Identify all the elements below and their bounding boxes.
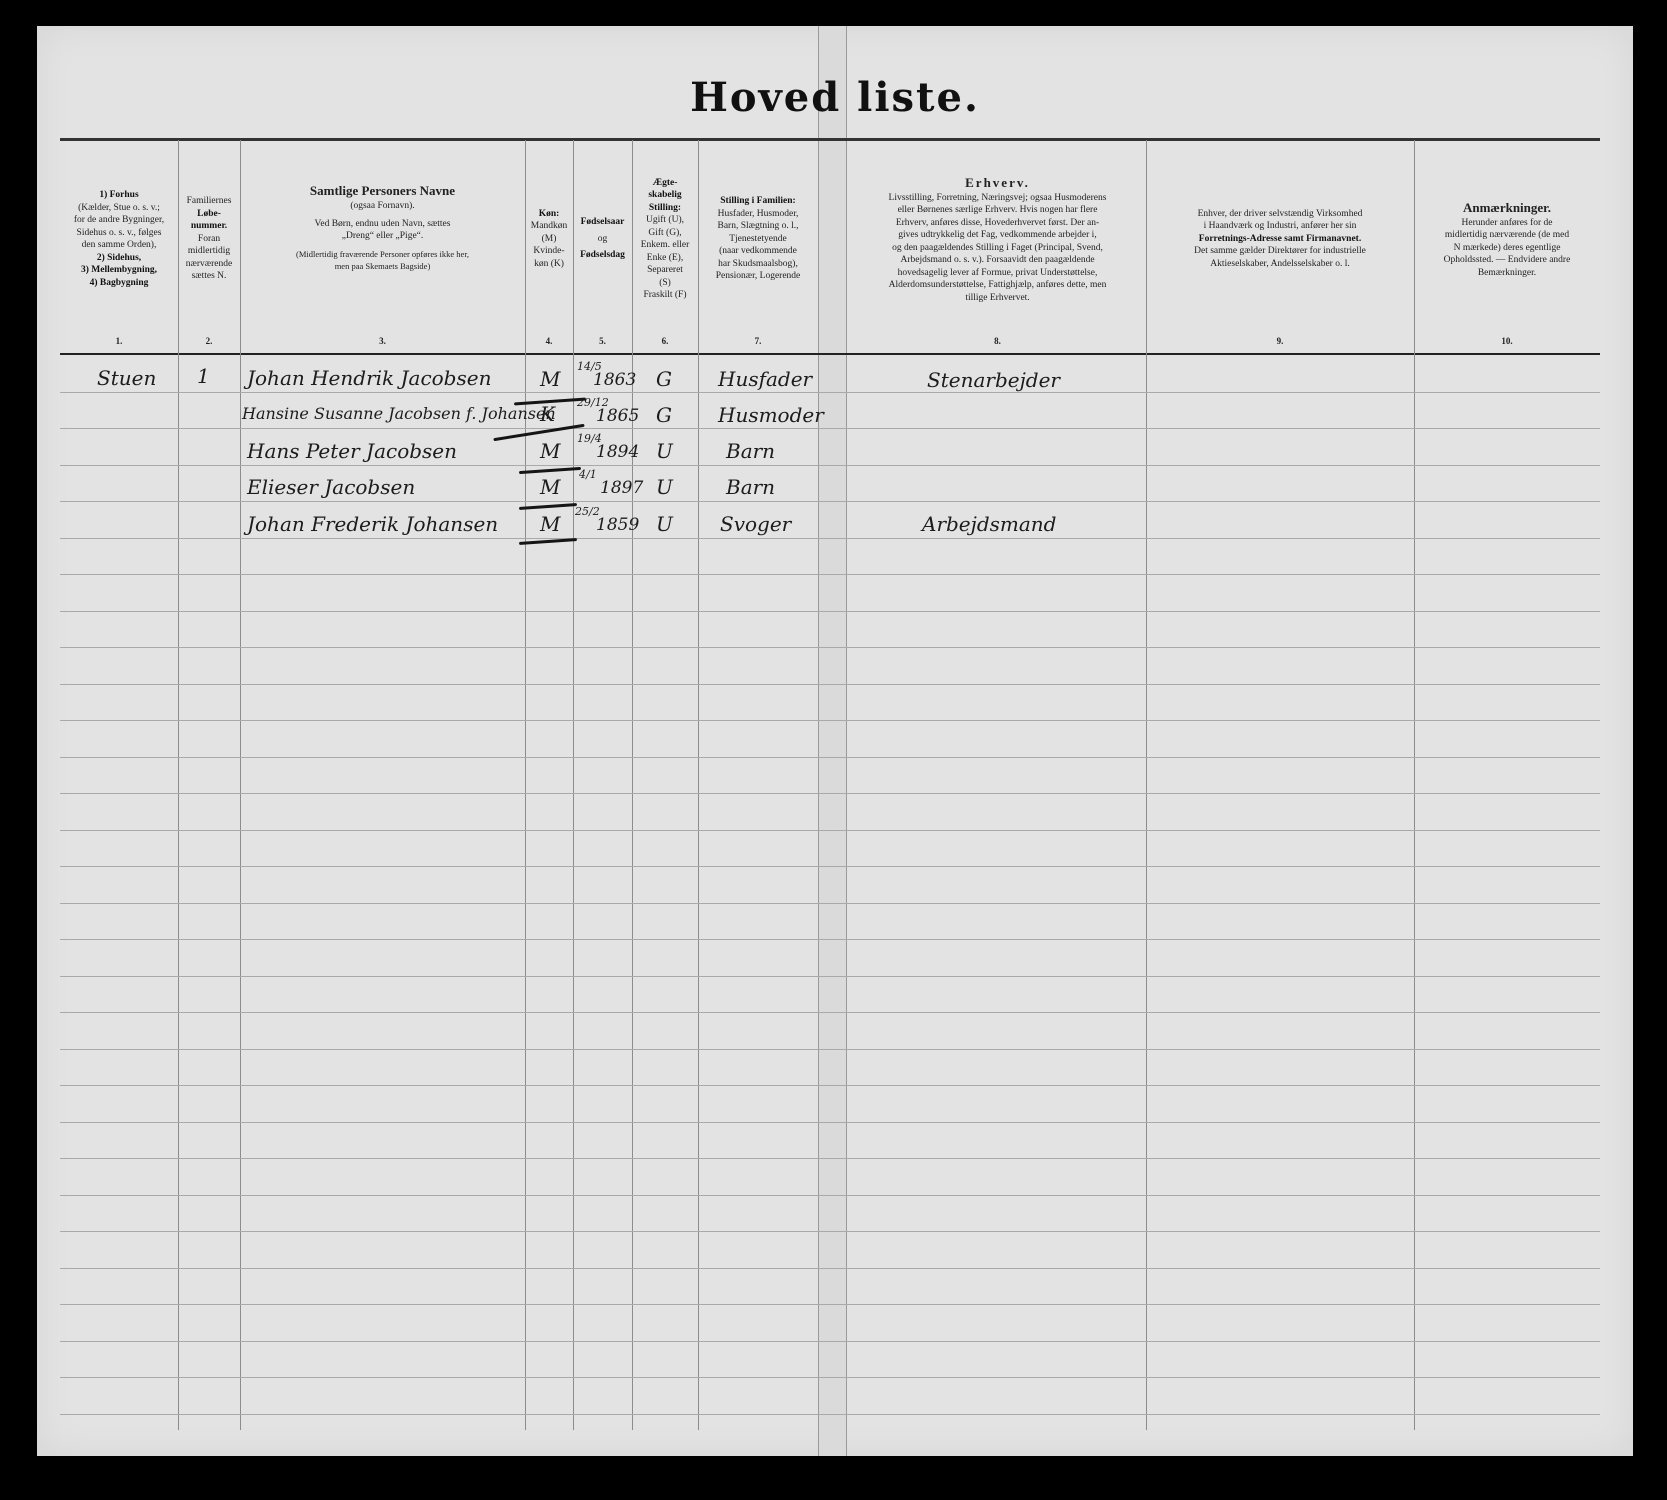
entry-name: Johan Hendrik Jacobsen <box>247 366 491 390</box>
entry-birth-day: 4/1 <box>579 468 597 481</box>
column-number: 7. <box>698 336 818 346</box>
row-ruling <box>60 1304 1600 1305</box>
row-ruling <box>60 684 1600 685</box>
header-col-1: 1) Forhus (Kælder, Stue o. s. v.; for de… <box>60 144 178 334</box>
entry-sex: K <box>540 402 555 426</box>
entry-family-position: Husfader <box>718 367 812 391</box>
column-number: 6. <box>632 336 698 346</box>
column-number: 4. <box>525 336 573 346</box>
row-ruling <box>60 538 1600 539</box>
entry-family-position: Barn <box>726 475 775 499</box>
entry-sex: M <box>540 512 560 536</box>
form-title: Hoved liste. <box>37 74 1633 121</box>
entry-occupation: Stenarbejder <box>927 368 1060 392</box>
entry-sex: M <box>540 367 560 391</box>
entry-name: Hansine Susanne Jacobsen f. Johansen <box>242 404 556 423</box>
header-col-2: Familiernes Løbe- nummer. Foran midlerti… <box>178 144 240 334</box>
row-ruling <box>60 1341 1600 1342</box>
row-ruling <box>60 1085 1600 1086</box>
header-col-4: Køn: Mandkøn (M) Kvinde- køn (K) <box>525 144 573 334</box>
census-form-page: Hoved liste. 1) Forhus (Kælder, Stue o. … <box>37 26 1633 1456</box>
entry-name: Johan Frederik Johansen <box>247 512 498 536</box>
entry-occupation: Arbejdsmand <box>922 512 1056 536</box>
entry-birth-year: 1894 <box>596 442 639 462</box>
row-ruling <box>60 1268 1600 1269</box>
entry-building: Stuen <box>97 366 156 390</box>
tally-mark <box>493 424 584 441</box>
header-bottom-rule <box>60 353 1600 355</box>
header-col-3: Samtlige Personers Navne (ogsaa Fornavn)… <box>240 144 525 334</box>
entry-family-position: Husmoder <box>718 403 824 427</box>
row-ruling <box>60 903 1600 904</box>
entry-birth-year: 1863 <box>593 370 636 390</box>
entry-sex: M <box>540 475 560 499</box>
row-ruling <box>60 1122 1600 1123</box>
column-number: 2. <box>178 336 240 346</box>
entry-name: Hans Peter Jacobsen <box>247 439 457 463</box>
header-col-8: Erhverv. Livsstilling, Forretning, Nærin… <box>849 144 1146 334</box>
row-ruling <box>60 757 1600 758</box>
entry-marital: U <box>656 439 673 463</box>
header-col-10: Anmærkninger. Herunder anføres for de mi… <box>1414 144 1600 334</box>
row-ruling <box>60 830 1600 831</box>
entry-marital: U <box>656 475 673 499</box>
row-ruling <box>60 1012 1600 1013</box>
row-ruling <box>60 1049 1600 1050</box>
tally-mark <box>519 467 581 474</box>
column-number: 9. <box>1146 336 1414 346</box>
row-ruling <box>60 976 1600 977</box>
page-gutter <box>818 26 847 1456</box>
row-ruling <box>60 1195 1600 1196</box>
tally-mark <box>519 538 577 545</box>
row-ruling <box>60 428 1600 429</box>
row-ruling <box>60 392 1600 393</box>
column-number: 8. <box>849 336 1146 346</box>
header-col-7: Stilling i Familien: Husfader, Husmoder,… <box>698 144 818 334</box>
column-number: 3. <box>240 336 525 346</box>
header-col-5: Fødselsaar og Fødselsdag <box>573 144 632 334</box>
tally-mark <box>519 503 577 510</box>
row-ruling <box>60 1377 1600 1378</box>
entry-birth-year: 1897 <box>600 478 643 498</box>
row-ruling <box>60 1158 1600 1159</box>
header-col-6: Ægte- skabelig Stilling: Ugift (U), Gift… <box>632 144 698 334</box>
row-ruling <box>60 574 1600 575</box>
row-ruling <box>60 939 1600 940</box>
header-top-rule <box>60 138 1600 141</box>
row-ruling <box>60 1231 1600 1232</box>
row-ruling <box>60 720 1600 721</box>
entry-birth-year: 1859 <box>596 515 639 535</box>
column-number: 5. <box>573 336 632 346</box>
column-number: 10. <box>1414 336 1600 346</box>
row-ruling <box>60 611 1600 612</box>
row-ruling <box>60 501 1600 502</box>
entry-name: Elieser Jacobsen <box>247 475 415 499</box>
row-ruling <box>60 866 1600 867</box>
row-ruling <box>60 647 1600 648</box>
entry-family-position: Svoger <box>720 512 791 536</box>
row-ruling <box>60 465 1600 466</box>
entry-marital: U <box>656 512 673 536</box>
row-ruling <box>60 1414 1600 1415</box>
row-ruling <box>60 793 1600 794</box>
entry-marital: G <box>656 367 672 391</box>
entry-marital: G <box>656 403 672 427</box>
entry-family-no: 1 <box>197 364 210 388</box>
entry-sex: M <box>540 439 560 463</box>
entry-birth-year: 1865 <box>596 406 639 426</box>
header-col-9: Enhver, der driver selvstændig Virksomhe… <box>1146 144 1414 334</box>
column-number: 1. <box>60 336 178 346</box>
entry-family-position: Barn <box>726 439 775 463</box>
